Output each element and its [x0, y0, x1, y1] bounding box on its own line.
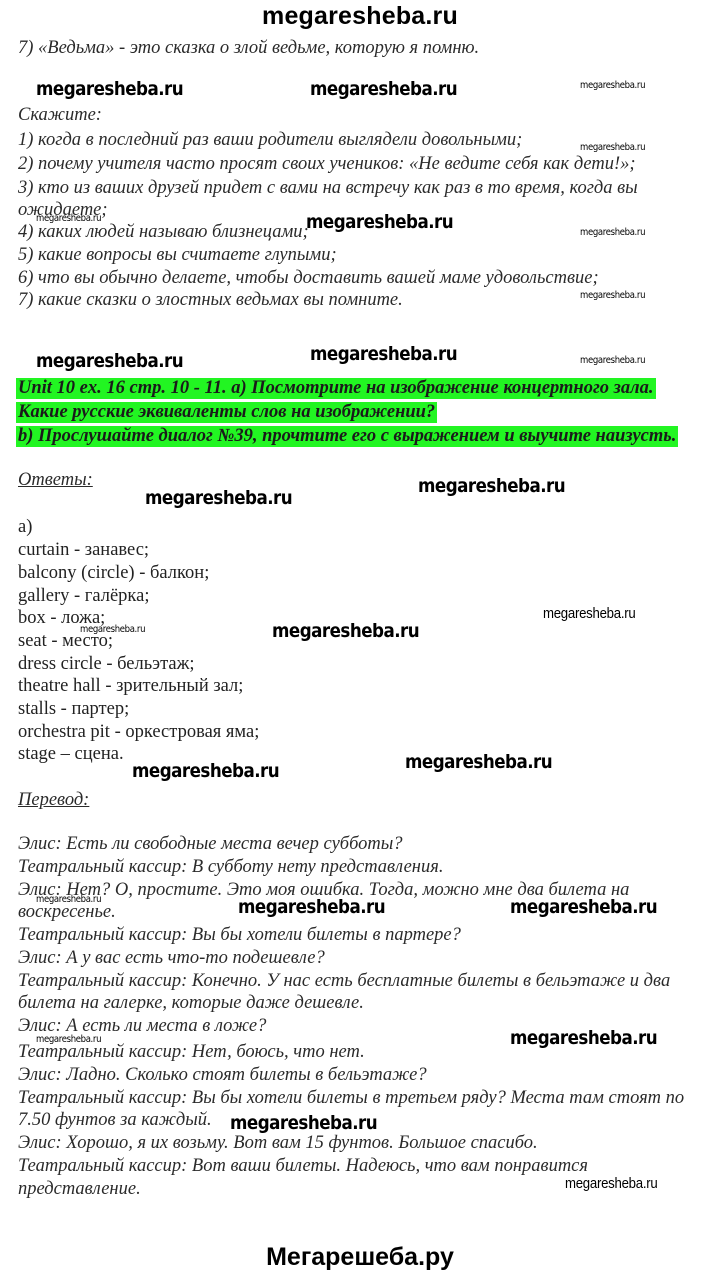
- vocab-item: dress circle - бельэтаж;: [18, 654, 195, 675]
- task-line: b) Прослушайте диалог №39, прочтите его …: [16, 426, 678, 447]
- answers-heading: Ответы:: [18, 470, 93, 491]
- watermark: megaresheba.ru: [36, 78, 183, 100]
- watermark: megaresheba.ru: [306, 211, 453, 233]
- answers-part-label: a): [18, 517, 32, 538]
- watermark: megaresheba.ru: [580, 227, 645, 238]
- dialog-line: Элис: Есть ли свободные места вечер субб…: [18, 834, 403, 855]
- watermark: megaresheba.ru: [580, 290, 645, 301]
- watermark: megaresheba.ru: [272, 620, 419, 642]
- translation-heading: Перевод:: [18, 790, 89, 811]
- dialog-line: Театральный кассир: Вот ваши билеты. Над…: [18, 1156, 588, 1177]
- vocab-item: orchestra pit - оркестровая яма;: [18, 722, 259, 743]
- say-item: 4) каких людей называю близнецами;: [18, 222, 309, 243]
- watermark: megaresheba.ru: [36, 894, 101, 905]
- watermark: megaresheba.ru: [580, 80, 645, 91]
- say-item: 1) когда в последний раз ваши родители в…: [18, 130, 522, 151]
- watermark: megaresheba.ru: [310, 78, 457, 100]
- say-item: 6) что вы обычно делаете, чтобы доставит…: [18, 268, 599, 289]
- dialog-line: воскресенье.: [18, 902, 116, 923]
- dialog-line: Театральный кассир: Конечно. У нас есть …: [18, 971, 670, 992]
- dialog-line: Элис: А у вас есть что-то подешевле?: [18, 948, 325, 969]
- vocab-item: balcony (circle) - балкон;: [18, 563, 209, 584]
- watermark: megaresheba.ru: [418, 475, 565, 497]
- dialog-line: 7.50 фунтов за каждый.: [18, 1110, 212, 1131]
- dialog-line: Элис: Хорошо, я их возьму. Вот вам 15 фу…: [18, 1133, 538, 1154]
- watermark: megaresheba.ru: [510, 1027, 657, 1049]
- watermark: megaresheba.ru: [310, 343, 457, 365]
- say-item: 3) кто из ваших друзей придет с вами на …: [18, 178, 638, 199]
- dialog-line: Театральный кассир: Вы бы хотели билеты …: [18, 1088, 684, 1109]
- watermark: megaresheba.ru: [238, 896, 385, 918]
- watermark: megaresheba.ru: [230, 1112, 377, 1134]
- watermark: megaresheba.ru: [36, 213, 101, 224]
- site-title[interactable]: megaresheba.ru: [0, 2, 720, 31]
- footer-site-title[interactable]: Мегарешеба.ру: [0, 1243, 720, 1272]
- dialog-line: представление.: [18, 1179, 141, 1200]
- vocab-item: stage – сцена.: [18, 744, 124, 765]
- watermark: megaresheba.ru: [543, 605, 635, 622]
- watermark: megaresheba.ru: [565, 1175, 657, 1192]
- dialog-line: Театральный кассир: Нет, боюсь, что нет.: [18, 1042, 365, 1063]
- dialog-line: Элис: Ладно. Сколько стоят билеты в бель…: [18, 1065, 427, 1086]
- say-item: 5) какие вопросы вы считаете глупыми;: [18, 245, 337, 266]
- watermark: megaresheba.ru: [80, 624, 145, 635]
- watermark: megaresheba.ru: [405, 751, 552, 773]
- say-item: 2) почему учителя часто просят своих уче…: [18, 154, 636, 175]
- vocab-item: curtain - занавес;: [18, 540, 149, 561]
- watermark: megaresheba.ru: [510, 896, 657, 918]
- watermark: megaresheba.ru: [36, 350, 183, 372]
- watermark: megaresheba.ru: [132, 760, 279, 782]
- watermark: megaresheba.ru: [580, 355, 645, 366]
- vocab-item: gallery - галёрка;: [18, 586, 150, 607]
- answer-7-text: 7) «Ведьма» - это сказка о злой ведьме, …: [18, 38, 479, 59]
- watermark: megaresheba.ru: [145, 487, 292, 509]
- vocab-item: stalls - партер;: [18, 699, 129, 720]
- vocab-item: theatre hall - зрительный зал;: [18, 676, 243, 697]
- dialog-line: билета на галерке, которые даже дешевле.: [18, 993, 364, 1014]
- dialog-line: Театральный кассир: В субботу нету предс…: [18, 857, 443, 878]
- watermark: megaresheba.ru: [36, 1034, 101, 1045]
- say-heading: Скажите:: [18, 105, 102, 126]
- watermark: megaresheba.ru: [580, 142, 645, 153]
- task-line: Какие русские эквиваленты слов на изобра…: [16, 402, 437, 423]
- dialog-line: Театральный кассир: Вы бы хотели билеты …: [18, 925, 461, 946]
- say-item: 7) какие сказки о злостных ведьмах вы по…: [18, 290, 403, 311]
- task-line: Unit 10 ex. 16 стр. 10 - 11. a) Посмотри…: [16, 378, 656, 399]
